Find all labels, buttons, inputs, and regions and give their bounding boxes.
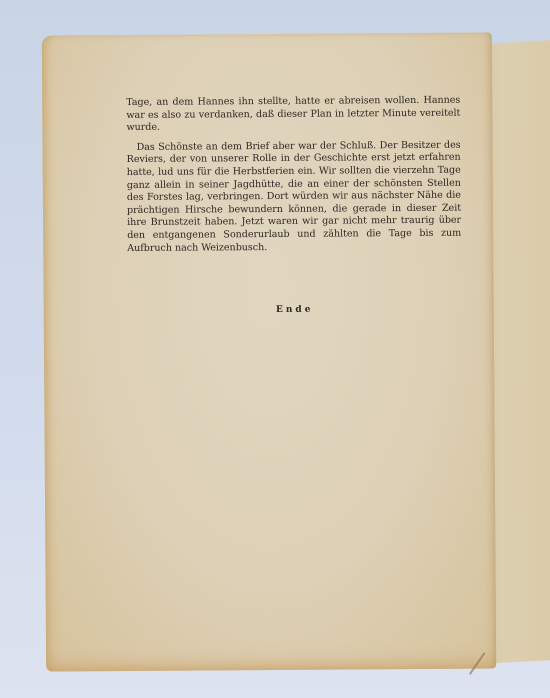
page-text: Tage, an dem Hannes ihn stellte, hatte e… [126, 95, 461, 262]
paragraph-1: Tage, an dem Hannes ihn stellte, hatte e… [126, 95, 460, 135]
paragraph-2: Das Schönste an dem Brief aber war der S… [127, 139, 462, 255]
end-mark: Ende [128, 303, 462, 318]
book-page: Tage, an dem Hannes ihn stellte, hatte e… [42, 32, 496, 671]
